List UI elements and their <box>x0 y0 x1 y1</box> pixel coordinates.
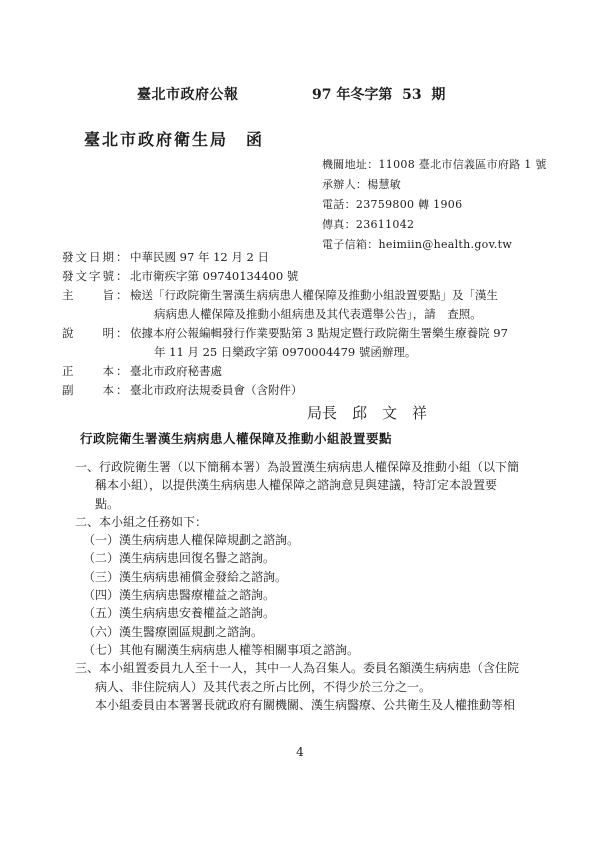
field-row-original-copy: 正 本： 臺北市政府秘書處 <box>62 362 532 381</box>
list-subitem: （三）漢生病病患補償金發給之諮詢。 <box>83 568 535 586</box>
field-row-subject: 主 旨： 檢送「行政院衛生署漢生病病患人權保障及推動小組設置要點」及「漢生 病病… <box>62 286 532 324</box>
contact-address: 機關地址：11008 臺北市信義區市府路 1 號 <box>322 155 547 175</box>
list-subitem: （四）漢生病病患醫療權益之諮詢。 <box>83 586 535 604</box>
field-value: 臺北市政府法規委員會（含附件） <box>130 381 532 400</box>
page-number: 4 <box>0 745 600 759</box>
letter-fields: 發文日期： 中華民國 97 年 12 月 2 日 發文字號： 北市衛疾字第 09… <box>62 248 532 400</box>
list-subitem: （一）漢生病病患人權保障規劃之諮詢。 <box>83 531 535 549</box>
field-row-ref-number: 發文字號： 北市衛疾字第 09740134400 號 <box>62 267 532 286</box>
gazette-title: 臺北市政府公報 <box>137 84 239 104</box>
signature-director: 局長 邱 文 祥 <box>307 402 427 423</box>
field-label: 正 本： <box>62 362 130 381</box>
field-row-carbon-copy: 副 本： 臺北市政府法規委員會（含附件） <box>62 381 532 400</box>
gazette-issue-number: 97 年冬字第 53 期 <box>312 84 445 104</box>
contact-fax: 傳真：23611042 <box>322 215 547 235</box>
field-value: 依據本府公報編輯發行作業要點第 3 點規定暨行政院衛生署樂生療養院 97 年 1… <box>130 324 532 362</box>
list-item: 一、行政院衛生署（以下簡稱本署）為設置漢生病病患人權保障及推動小組（以下簡 稱本… <box>75 458 535 513</box>
list-item: 二、本小組之任務如下： <box>75 513 535 531</box>
field-label: 發文日期： <box>62 248 130 267</box>
contact-person: 承辦人：楊慧敏 <box>322 175 547 195</box>
contact-block: 機關地址：11008 臺北市信義區市府路 1 號 承辦人：楊慧敏 電話：2375… <box>322 155 547 255</box>
list-subitem: （七）其他有關漢生病病患人權等相關事項之諮詢。 <box>83 641 535 659</box>
field-row-issue-date: 發文日期： 中華民國 97 年 12 月 2 日 <box>62 248 532 267</box>
gazette-page: 臺北市政府公報 97 年冬字第 53 期 臺北市政府衛生局 函 機關地址：110… <box>0 0 600 849</box>
field-value: 檢送「行政院衛生署漢生病病患人權保障及推動小組設置要點」及「漢生 病病患人權保障… <box>130 286 532 324</box>
attachment-heading: 行政院衛生署漢生病病患人權保障及推動小組設置要點 <box>80 429 392 447</box>
gazette-header: 臺北市政府公報 97 年冬字第 53 期 <box>0 84 600 104</box>
list-item: 三、本小組置委員九人至十一人，其中一人為召集人。委員名額漢生病病患（含住院 病人… <box>75 659 535 714</box>
contact-phone: 電話：23759800 轉 1906 <box>322 195 547 215</box>
list-subitem: （五）漢生病病患安養權益之諮詢。 <box>83 604 535 622</box>
field-label: 發文字號： <box>62 267 130 286</box>
attachment-items: 一、行政院衛生署（以下簡稱本署）為設置漢生病病患人權保障及推動小組（以下簡 稱本… <box>75 458 535 714</box>
field-label: 主 旨： <box>62 286 130 305</box>
field-value: 臺北市政府秘書處 <box>130 362 532 381</box>
list-subitem: （六）漢生醫療園區規劃之諮詢。 <box>83 623 535 641</box>
field-label: 副 本： <box>62 381 130 400</box>
field-value: 中華民國 97 年 12 月 2 日 <box>130 248 532 267</box>
field-label: 說 明： <box>62 324 130 343</box>
letter-title: 臺北市政府衛生局 函 <box>84 127 264 150</box>
list-subitem: （二）漢生病病患回復名譽之諮詢。 <box>83 549 535 567</box>
field-row-explanation: 說 明： 依據本府公報編輯發行作業要點第 3 點規定暨行政院衛生署樂生療養院 9… <box>62 324 532 362</box>
field-value: 北市衛疾字第 09740134400 號 <box>130 267 532 286</box>
